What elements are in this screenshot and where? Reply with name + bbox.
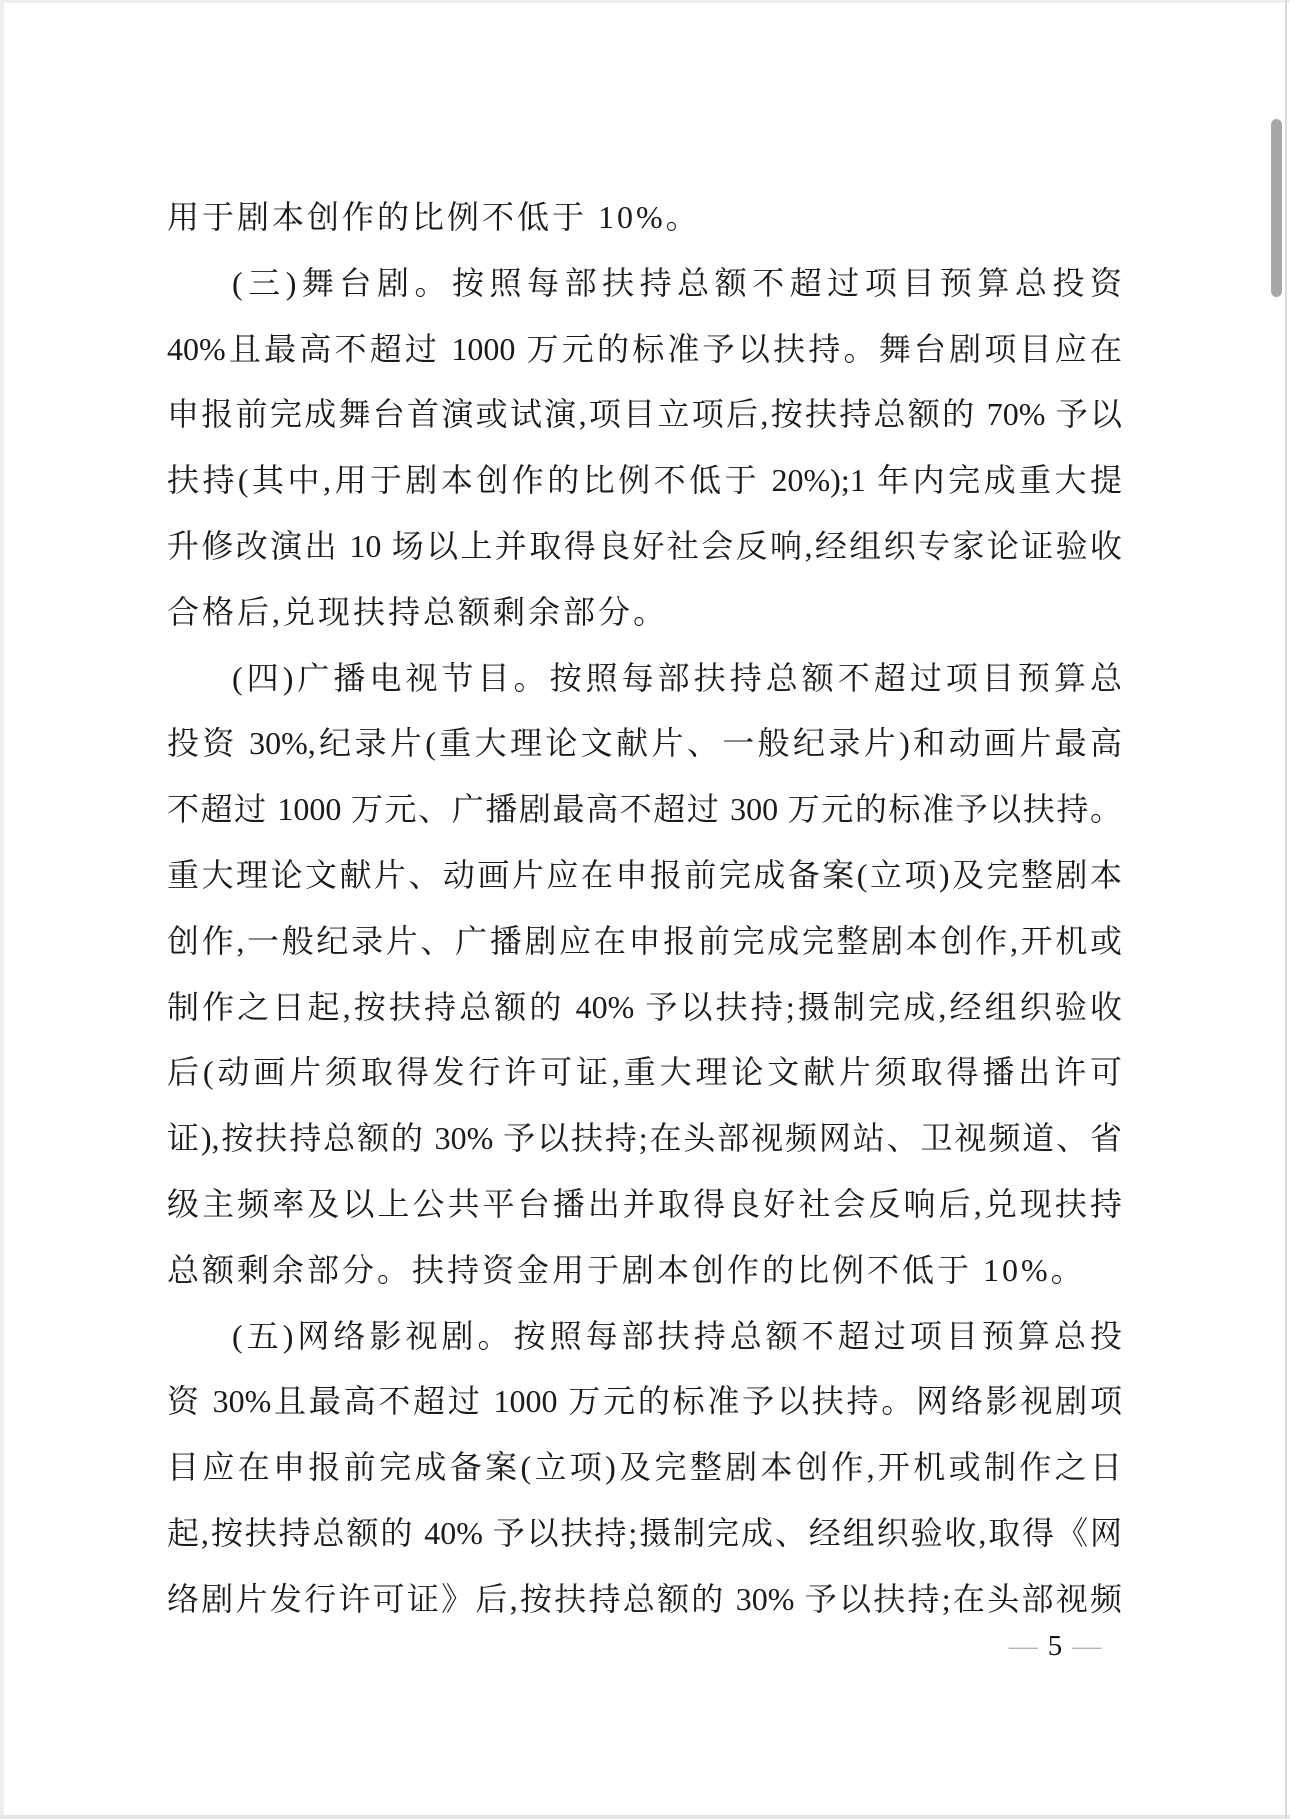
document-line: 合格后,兑现扶持总额剩余部分。: [167, 580, 1122, 646]
document-line: 申报前完成舞台首演或试演,项目立项后,按扶持总额的 70% 予以: [167, 382, 1122, 448]
document-line: (四)广播电视节目。按照每部扶持总额不超过项目预算总: [167, 646, 1122, 712]
document-text-block: 用于剧本创作的比例不低于 10%。 (三)舞台剧。按照每部扶持总额不超过项目预算…: [167, 185, 1122, 1633]
document-line: 络剧片发行许可证》后,按扶持总额的 30% 予以扶持;在头部视频: [167, 1567, 1122, 1633]
document-line: 总额剩余部分。扶持资金用于剧本创作的比例不低于 10%。: [167, 1238, 1122, 1304]
document-line: 投资 30%,纪录片(重大理论文献片、一般纪录片)和动画片最高: [167, 711, 1122, 777]
page-number: — 5 —: [985, 1626, 1125, 1666]
document-line: 40%且最高不超过 1000 万元的标准予以扶持。舞台剧项目应在: [167, 317, 1122, 383]
page-edge-bottom: [0, 1815, 1290, 1819]
document-line: 重大理论文献片、动画片应在申报前完成备案(立项)及完整剧本: [167, 843, 1122, 909]
document-line: (五)网络影视剧。按照每部扶持总额不超过项目预算总投: [167, 1304, 1122, 1370]
document-line: 级主频率及以上公共平台播出并取得良好社会反响后,兑现扶持: [167, 1172, 1122, 1238]
page-number-value: 5: [1048, 1630, 1063, 1663]
document-line: 后(动画片须取得发行许可证,重大理论文献片须取得播出许可: [167, 1040, 1122, 1106]
document-line: 证),按扶持总额的 30% 予以扶持;在头部视频网站、卫视频道、省: [167, 1106, 1122, 1172]
scrollbar-thumb[interactable]: [1271, 119, 1282, 297]
document-line: 制作之日起,按扶持总额的 40% 予以扶持;摄制完成,经组织验收: [167, 975, 1122, 1041]
scrollbar-track-border: [1285, 0, 1287, 1819]
document-line: 创作,一般纪录片、广播剧应在申报前完成完整剧本创作,开机或: [167, 909, 1122, 975]
page-number-dash-left: —: [1009, 1630, 1038, 1663]
document-line: 目应在申报前完成备案(立项)及完整剧本创作,开机或制作之日: [167, 1435, 1122, 1501]
page-edge-top: [0, 0, 1290, 3]
document-line: 扶持(其中,用于剧本创作的比例不低于 20%);1 年内完成重大提: [167, 448, 1122, 514]
document-line: 资 30%且最高不超过 1000 万元的标准予以扶持。网络影视剧项: [167, 1369, 1122, 1435]
page-number-dash-right: —: [1072, 1630, 1101, 1663]
document-line: 升修改演出 10 场以上并取得良好社会反响,经组织专家论证验收: [167, 514, 1122, 580]
document-line: 不超过 1000 万元、广播剧最高不超过 300 万元的标准予以扶持。: [167, 777, 1122, 843]
document-line: 用于剧本创作的比例不低于 10%。: [167, 185, 1122, 251]
document-line: (三)舞台剧。按照每部扶持总额不超过项目预算总投资: [167, 251, 1122, 317]
page-edge-left: [0, 0, 4, 1819]
document-page: 用于剧本创作的比例不低于 10%。 (三)舞台剧。按照每部扶持总额不超过项目预算…: [0, 0, 1290, 1819]
document-line: 起,按扶持总额的 40% 予以扶持;摄制完成、经组织验收,取得《网: [167, 1501, 1122, 1567]
